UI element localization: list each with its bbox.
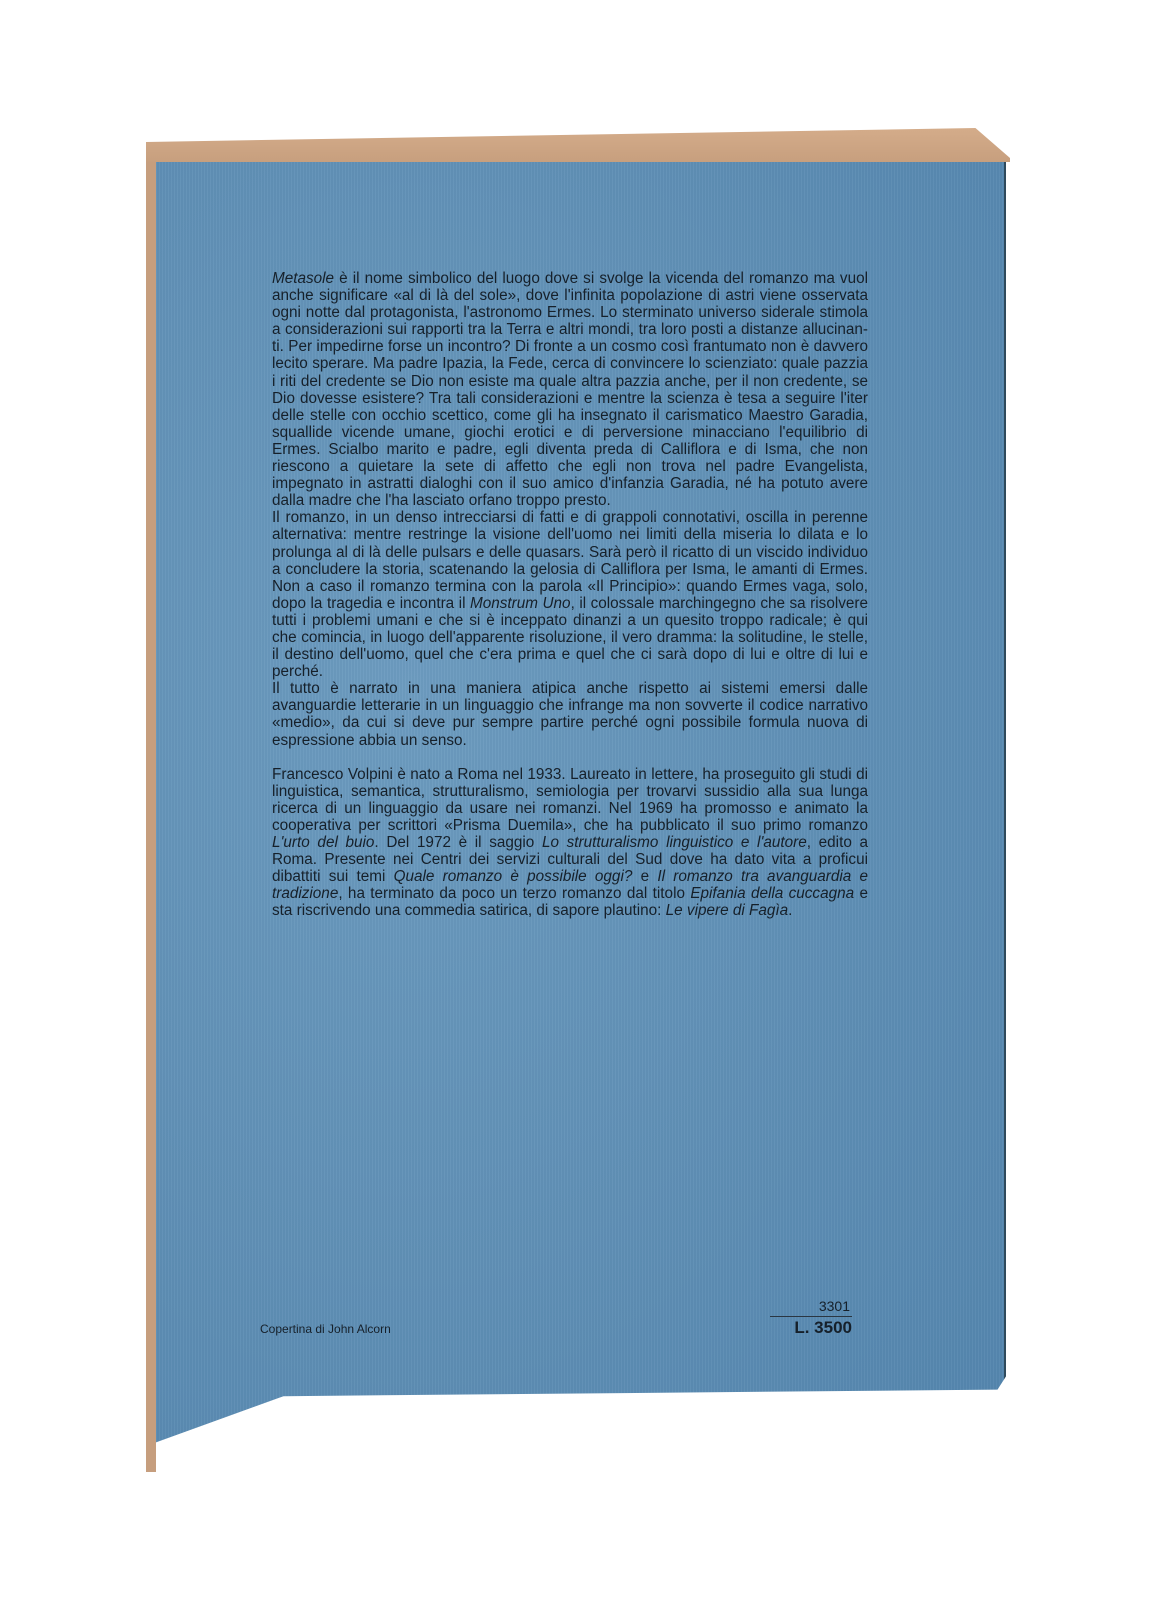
book-page-edge	[146, 128, 1010, 162]
author-bio: Francesco Volpini è nato a Roma nel 1933…	[272, 766, 868, 920]
catalog-number: 3301	[768, 1298, 850, 1314]
price-label: L. 3500	[752, 1318, 852, 1338]
price-divider	[770, 1316, 852, 1317]
book-spine-edge	[146, 142, 156, 1472]
cover-credit: Copertina di John Alcorn	[260, 1322, 391, 1336]
blurb-paragraph-3: Il tutto è narrato in una maniera atipic…	[272, 680, 868, 748]
book-back-cover: Metasole è il nome simbolico del luogo d…	[146, 128, 1010, 1482]
blurb-text-block: Metasole è il nome simbolico del luogo d…	[272, 270, 868, 919]
blurb-paragraph-2: Il romanzo, in un denso intrecciarsi di …	[272, 509, 868, 680]
blurb-paragraph-1: Metasole è il nome simbolico del luogo d…	[272, 270, 868, 509]
cover-surface: Metasole è il nome simbolico del luogo d…	[156, 162, 1006, 1482]
